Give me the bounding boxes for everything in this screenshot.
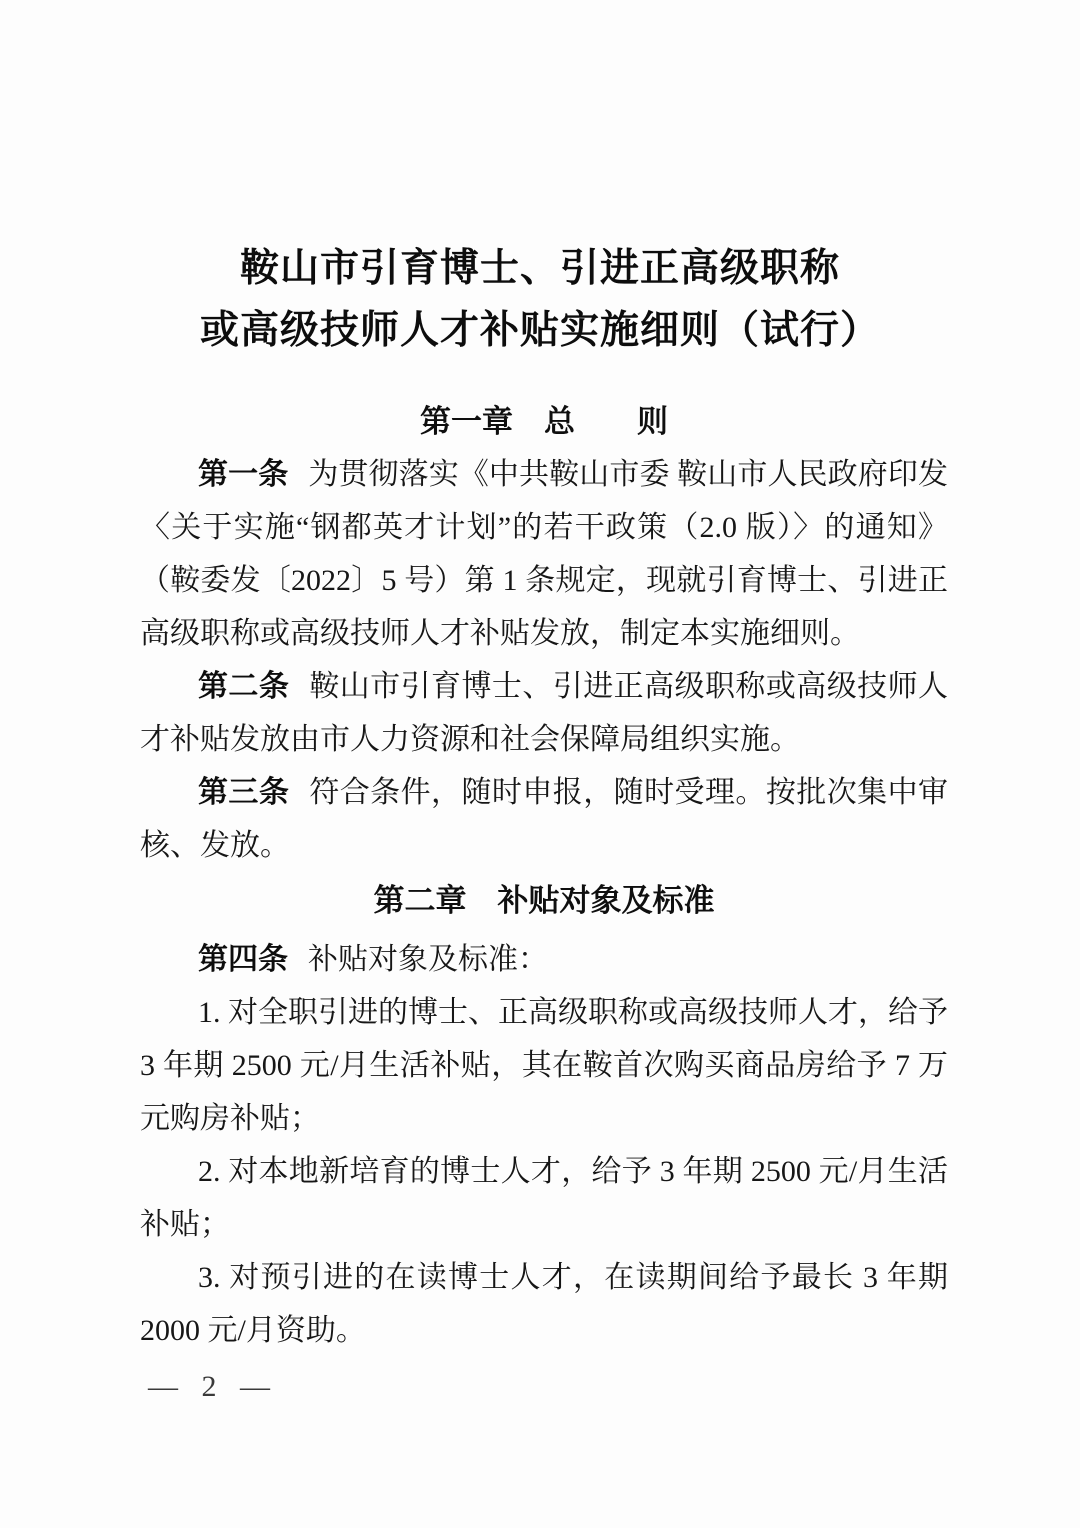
article-4-paragraph: 第四条补贴对象及标准：	[140, 933, 948, 986]
document-page: 鞍山市引育博士、引进正高级职称 或高级技师人才补贴实施细则（试行） 第一章 总 …	[0, 0, 1080, 1528]
article-4-text: 补贴对象及标准：	[308, 943, 548, 976]
article-2-paragraph: 第二条鞍山市引育博士、引进正高级职称或高级技师人才补贴发放由市人力资源和社会保障…	[140, 660, 948, 766]
article-3-label: 第三条	[198, 776, 289, 809]
article-4-label: 第四条	[198, 943, 288, 976]
article-2-label: 第二条	[198, 670, 289, 703]
subsidy-item-2: 2. 对本地新培育的博士人才，给予 3 年期 2500 元/月生活补贴；	[140, 1145, 948, 1251]
chapter-1-heading: 第一章 总 则	[140, 395, 948, 448]
document-title-line-2: 或高级技师人才补贴实施细则（试行）	[0, 300, 1080, 362]
chapter-2-heading: 第二章 补贴对象及标准	[140, 874, 948, 927]
document-title-line-1: 鞍山市引育博士、引进正高级职称	[0, 238, 1080, 300]
article-1-label: 第一条	[198, 458, 288, 491]
page-number-footer: — 2 —	[148, 1370, 278, 1404]
subsidy-item-3: 3. 对预引进的在读博士人才，在读期间给予最长 3 年期 2000 元/月资助。	[140, 1251, 948, 1357]
subsidy-item-1: 1. 对全职引进的博士、正高级职称或高级技师人才，给予 3 年期 2500 元/…	[140, 986, 948, 1145]
article-3-paragraph: 第三条符合条件，随时申报，随时受理。按批次集中审核、发放。	[140, 766, 948, 872]
article-1-paragraph: 第一条为贯彻落实《中共鞍山市委 鞍山市人民政府印发〈关于实施“钢都英才计划”的若…	[140, 448, 948, 660]
document-body: 第一章 总 则 第一条为贯彻落实《中共鞍山市委 鞍山市人民政府印发〈关于实施“钢…	[140, 395, 948, 1357]
document-title: 鞍山市引育博士、引进正高级职称 或高级技师人才补贴实施细则（试行）	[0, 0, 1080, 362]
